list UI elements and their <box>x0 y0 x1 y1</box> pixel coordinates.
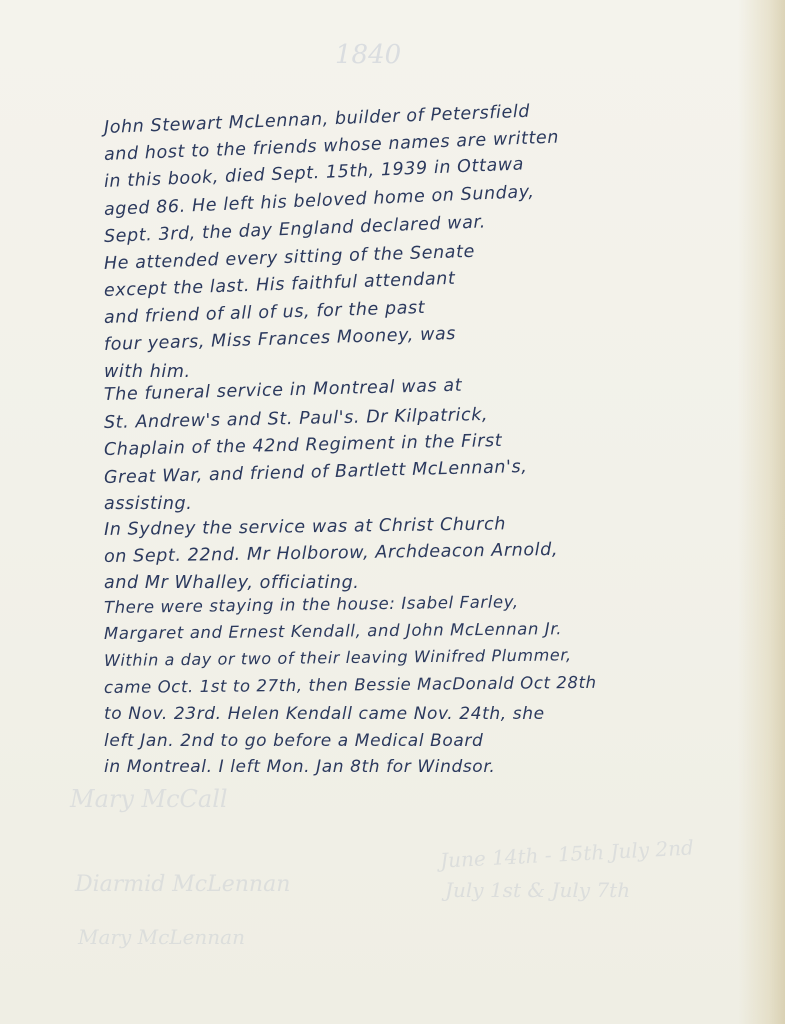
text-line: Chaplain of the 42nd Regiment in the Fir… <box>104 431 503 460</box>
text-line: In Sydney the service was at Christ Chur… <box>104 514 506 540</box>
bleed-through-text: July 1st & July 7th <box>445 878 630 902</box>
text-line: Great War, and friend of Bartlett McLenn… <box>104 457 528 488</box>
text-line: with him. <box>104 362 191 382</box>
text-line: left Jan. 2nd to go before a Medical Boa… <box>104 731 483 751</box>
text-line: St. Andrew's and St. Paul's. Dr Kilpatri… <box>104 405 489 433</box>
text-line: Margaret and Ernest Kendall, and John Mc… <box>104 619 562 643</box>
text-line: except the last. His faithful attendant <box>104 269 456 301</box>
text-line: to Nov. 23rd. Helen Kendall came Nov. 24… <box>104 704 545 724</box>
text-line: on Sept. 22nd. Mr Holborow, Archdeacon A… <box>104 540 558 567</box>
bleed-through-text: Mary McLennan <box>78 925 245 949</box>
text-line: four years, Miss Frances Mooney, was <box>104 324 457 355</box>
text-line: came Oct. 1st to 27th, then Bessie MacDo… <box>104 673 597 697</box>
bleed-through-text: Diarmid McLennan <box>75 872 290 897</box>
text-line: and Mr Whalley, officiating. <box>104 573 359 593</box>
text-line: Within a day or two of their leaving Win… <box>104 645 572 670</box>
bleed-through-text: Mary McCall <box>70 785 228 813</box>
text-line: in Montreal. I left Mon. Jan 8th for Win… <box>104 757 495 777</box>
text-line: There were staying in the house: Isabel … <box>104 592 519 617</box>
faint-year-heading: 1840 <box>335 40 401 70</box>
text-line: assisting. <box>104 494 192 514</box>
text-line: and friend of all of us, for the past <box>104 298 426 328</box>
bleed-through-text: June 14th - 15th July 2nd <box>440 835 695 872</box>
document-page: 1840 Mary McCall June 14th - 15th July 2… <box>0 0 785 1024</box>
